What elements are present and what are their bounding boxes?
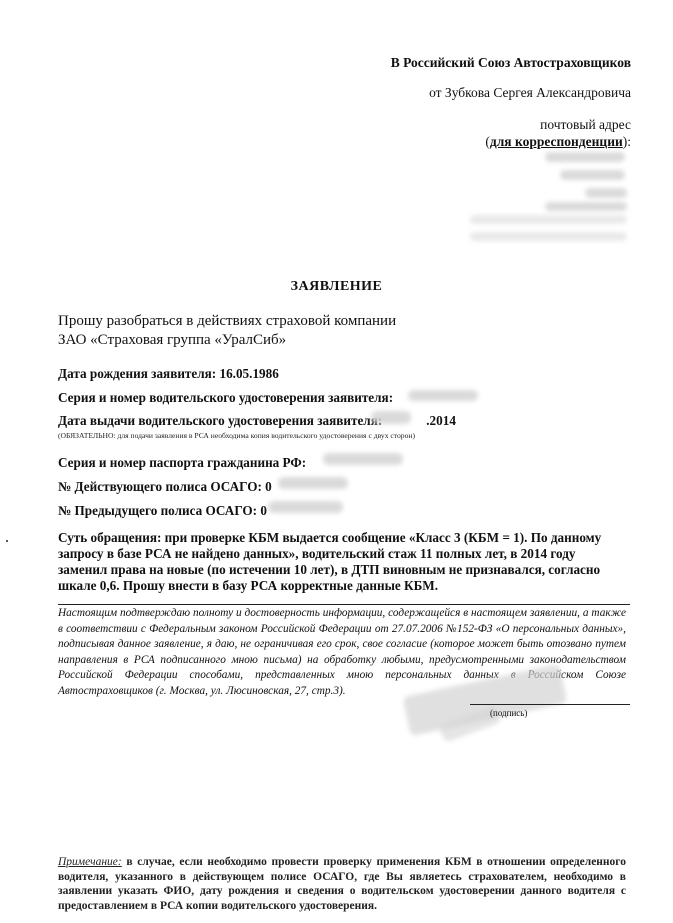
application-document: В Российский Союз Автостраховщиков от Зу… [0,0,673,923]
license-copy-note: (ОБЯЗАТЕЛЬНО: для подачи заявления в РСА… [58,431,415,440]
redacted-license-number [408,390,478,401]
request-line-2: ЗАО «Страховая группа «УралСиб» [58,331,396,350]
license-number-field: Серия и номер водительского удостоверени… [58,390,393,406]
redacted-license-date [371,411,411,424]
footnote-label: Примечание: [58,856,122,868]
scan-speck [6,540,8,542]
paren-close: ): [623,134,631,149]
signature-label: (подпись) [490,708,527,718]
request-text: Прошу разобраться в действиях страховой … [58,312,396,350]
license-issue-date-value: .2014 [426,413,456,428]
signature-line [470,704,630,705]
sender-name: от Зубкова Сергея Александровича [429,85,631,101]
addressee: В Российский Союз Автостраховщиков [391,55,631,71]
document-title: ЗАЯВЛЕНИЕ [0,279,673,295]
redacted-previous-policy [268,501,343,513]
footnote-text: в случае, если необходимо провести прове… [58,856,626,912]
redacted-current-policy [278,477,348,489]
footnote: Примечание: в случае, если необходимо пр… [58,855,626,913]
current-policy-field: № Действующего полиса ОСАГО: 0 [58,479,272,495]
birth-date-field: Дата рождения заявителя: 16.05.1986 [58,366,279,382]
correspondence-underlined: для корреспонденции [490,134,623,149]
previous-policy-field: № Предыдущего полиса ОСАГО: 0 [58,503,267,519]
postal-address-label: почтовый адрес [540,117,631,133]
request-essence: Суть обращения: при проверке КБМ выдаетс… [58,530,626,594]
license-issue-date-label: Дата выдачи водительского удостоверения … [58,413,382,428]
request-line-1: Прошу разобраться в действиях страховой … [58,312,396,331]
correspondence-label: (для корреспонденции): [485,134,631,150]
divider-line [58,604,630,605]
passport-field: Серия и номер паспорта гражданина РФ: [58,455,306,471]
redacted-passport [323,453,403,465]
